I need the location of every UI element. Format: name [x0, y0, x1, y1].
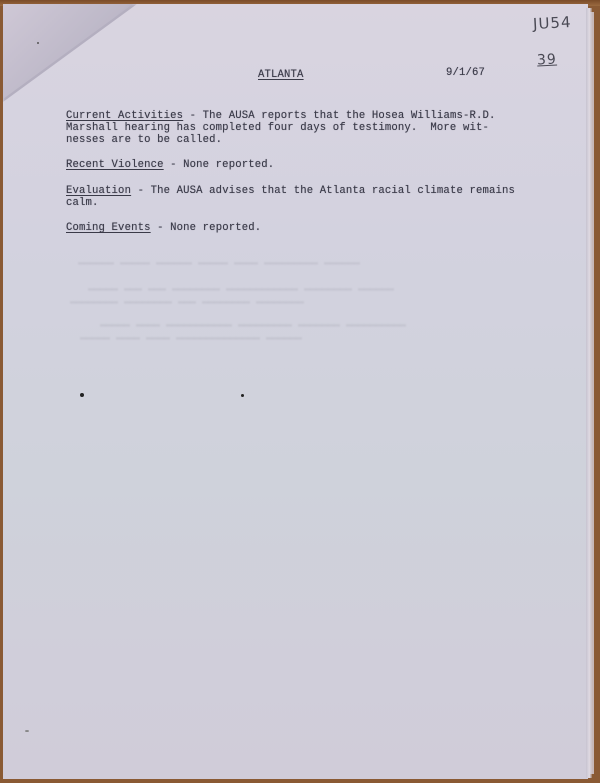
section-coming-events: Coming Events - None reported. [66, 222, 261, 235]
handwritten-file-mark: JU54 [533, 13, 572, 33]
bleed-through-texture: ▬▬▬▬▬ ▬▬▬▬ ▬▬▬▬ ▬▬▬▬▬▬▬▬▬▬▬▬▬▬ ▬▬▬▬▬▬ [80, 333, 302, 344]
bleed-through-texture: ▬▬▬▬▬ ▬▬▬ ▬▬▬ ▬▬▬▬▬▬▬▬ ▬▬▬▬▬▬▬▬▬▬▬▬ ▬▬▬▬… [70, 284, 394, 295]
bleed-through-texture: ▬▬▬▬▬ ▬▬▬▬ ▬▬▬▬▬▬▬▬▬▬▬ ▬▬▬▬▬▬▬▬▬ ▬▬▬▬▬▬▬… [100, 320, 406, 331]
ink-speck [37, 42, 39, 44]
document-heading: ATLANTA [258, 69, 304, 82]
section-text-line: The AUSA advises that the Atlanta racial… [151, 185, 515, 197]
document-date: 9/1/67 [446, 67, 485, 80]
page-stack-edge-under [590, 12, 594, 774]
section-label: Recent Violence [66, 159, 164, 171]
ink-speck [25, 730, 29, 732]
section-label: Coming Events [66, 222, 151, 234]
section-text-line: nesses are to be called. [66, 134, 222, 147]
section-label: Current Activities [66, 110, 183, 122]
section-recent-violence: Recent Violence - None reported. [66, 159, 274, 172]
section-label: Evaluation [66, 185, 131, 197]
handwritten-page-number: 39 [537, 51, 558, 68]
section-text-line: The AUSA reports that the Hosea Williams… [203, 110, 496, 122]
section-text-line: None reported. [170, 222, 261, 234]
bleed-through-texture: ▬▬▬▬▬▬▬▬ ▬▬▬▬▬▬▬▬ ▬▬▬ ▬▬▬▬▬▬▬▬ ▬▬▬▬▬▬▬▬ [70, 297, 304, 308]
section-evaluation: Evaluation - The AUSA advises that the A… [66, 185, 515, 198]
section-text-line: calm. [66, 197, 99, 210]
ink-speck [80, 393, 84, 397]
bleed-through-texture: ▬▬▬▬▬▬ ▬▬▬▬▬ ▬▬▬▬▬▬ ▬▬▬▬▬ ▬▬▬▬ ▬▬▬▬▬▬▬▬▬… [78, 258, 360, 269]
ink-speck [241, 394, 244, 397]
section-text-line: None reported. [183, 159, 274, 171]
